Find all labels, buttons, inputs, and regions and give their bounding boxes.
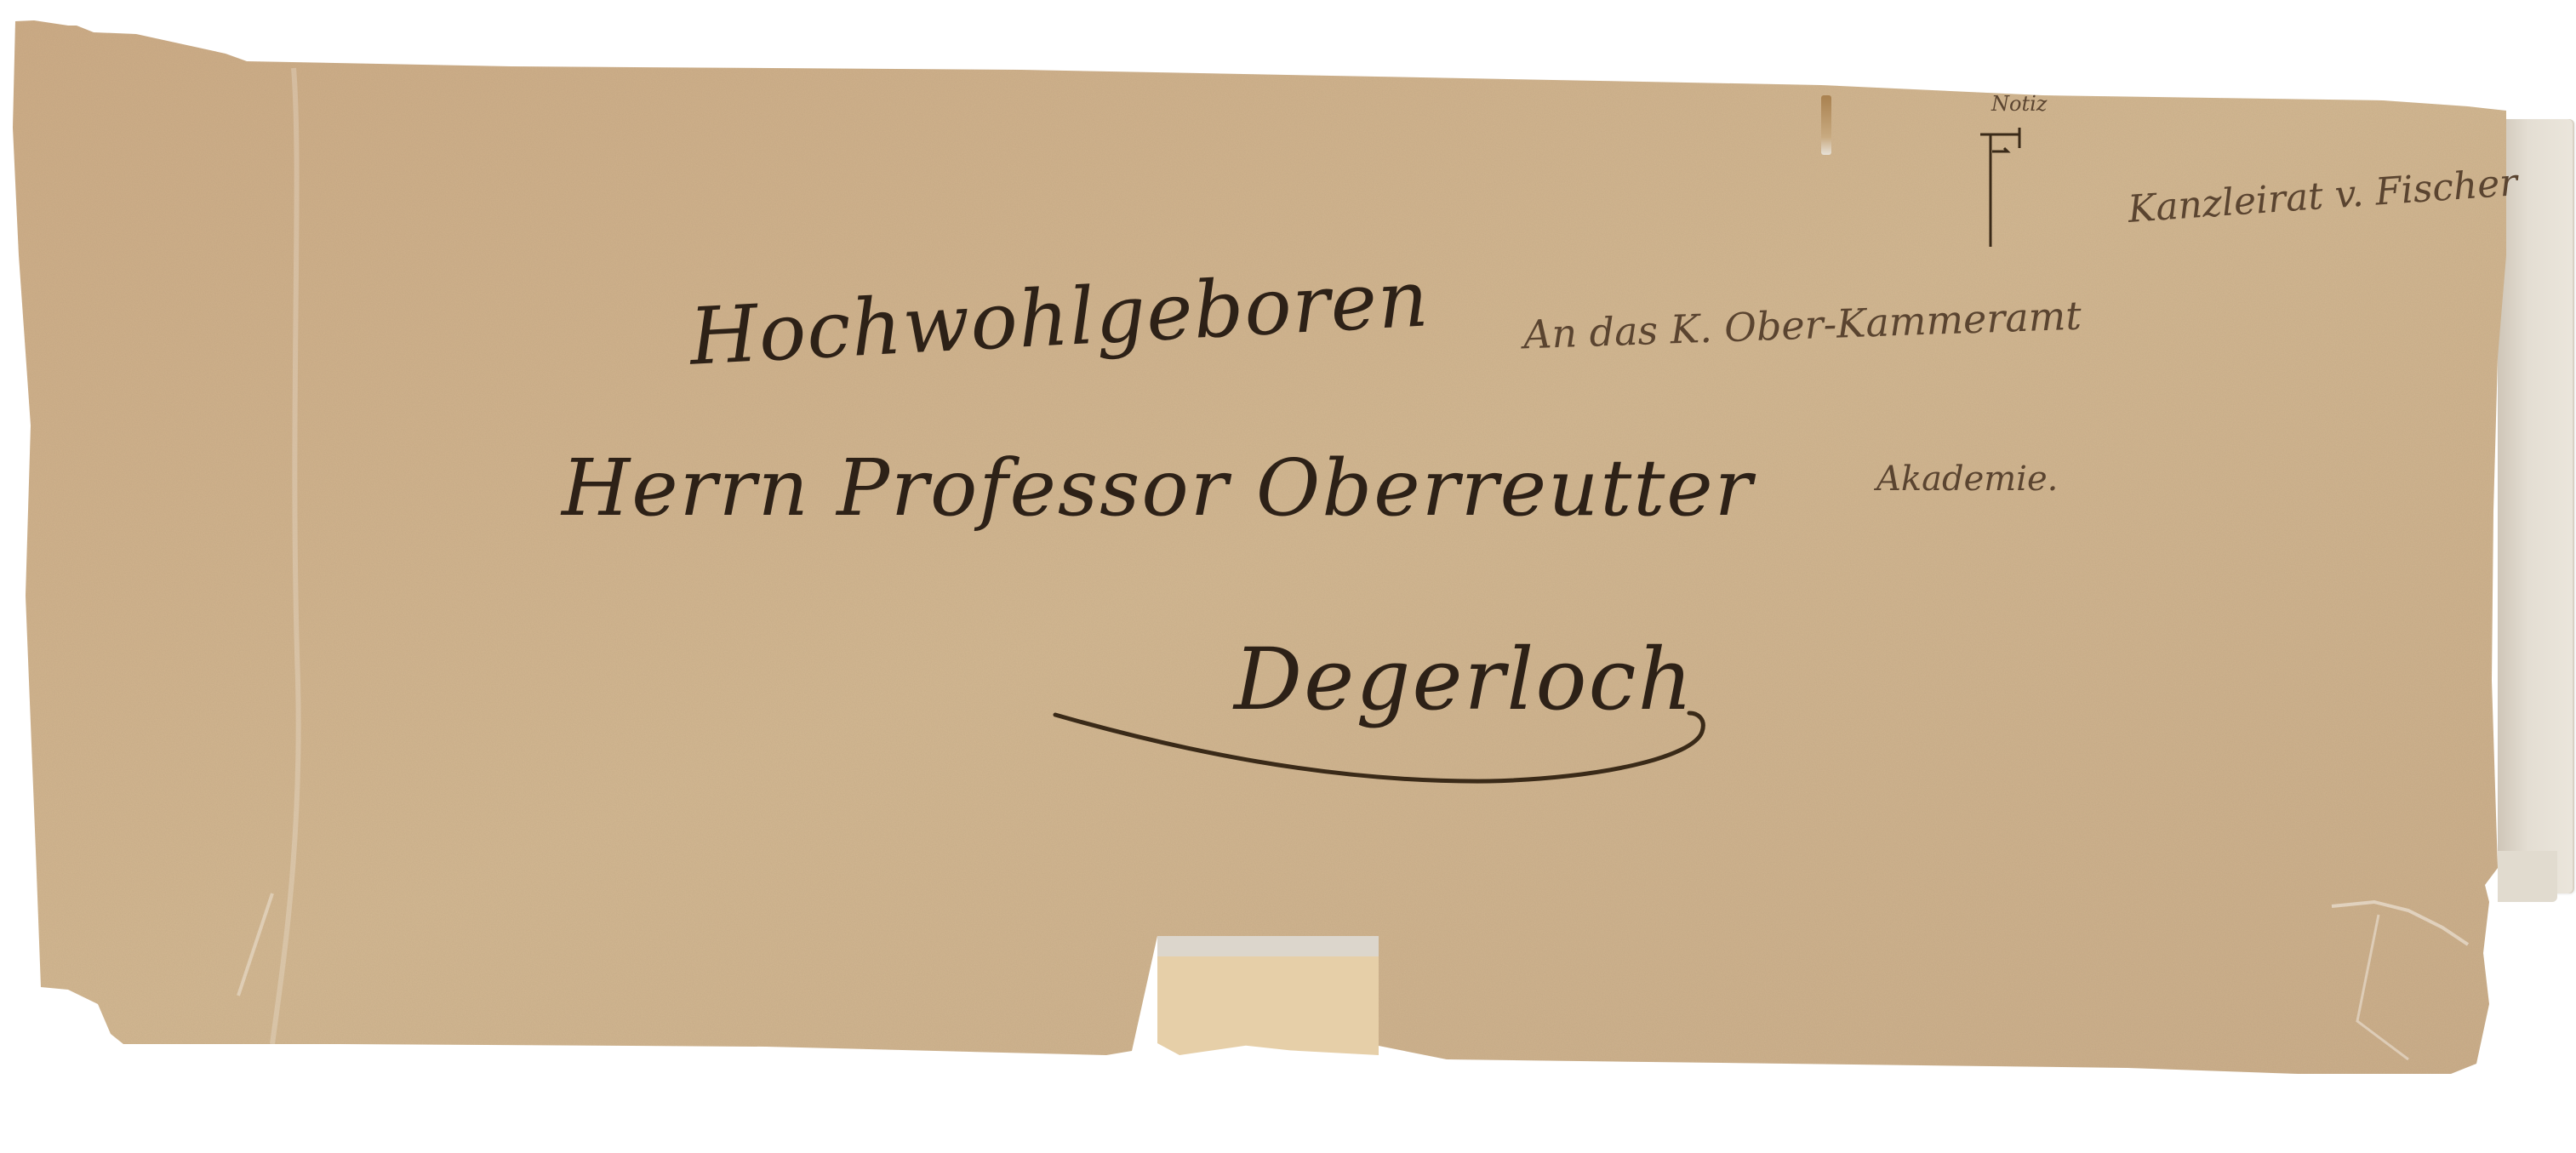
envelope-slit — [1821, 95, 1831, 155]
bracket-mark-icon — [1979, 119, 2038, 255]
envelope-torn-notch — [1157, 936, 1379, 1055]
document-scan: Hochwohlgeboren Herrn Professor Oberreut… — [0, 0, 2576, 1153]
annotation-mark-label: Notiz — [1991, 92, 2047, 116]
annotation-akademie: Akademie. — [1876, 459, 2058, 499]
addressee: Herrn Professor Oberreutter — [562, 442, 1754, 534]
city-underline-swash — [1047, 698, 1711, 791]
